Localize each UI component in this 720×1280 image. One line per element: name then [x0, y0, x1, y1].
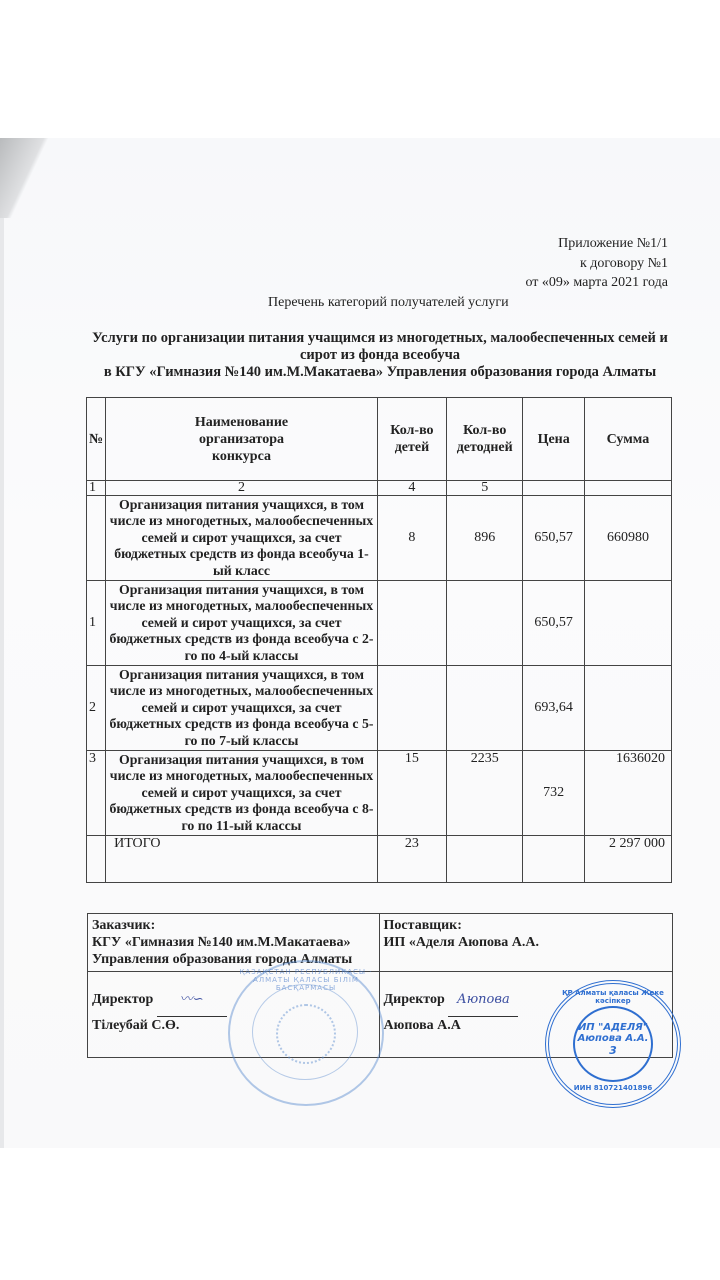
row-name: Организация питания учащихся, в том числ…: [106, 751, 378, 836]
customer-position: Директор: [92, 992, 153, 1007]
row-index: [87, 496, 106, 581]
state-emblem-icon: [276, 1004, 336, 1064]
page-fold-shadow: [0, 138, 60, 218]
seal-top-text: ҚР Алматы қаласы Жеке кәсіпкер: [549, 989, 677, 1005]
total-sum: 2 297 000: [584, 836, 671, 883]
supplier-role: Поставщик:: [384, 917, 668, 934]
row-children: 15: [377, 751, 446, 836]
row-sum: 660980: [584, 496, 671, 581]
column-number-row: 1 2 4 5: [87, 481, 672, 496]
customer-signature: 〰∽: [157, 984, 227, 1017]
supplier-signature: Аюпова: [448, 984, 518, 1017]
row-name: Организация питания учащихся, в том числ…: [106, 496, 378, 581]
total-row: ИТОГО 23 2 297 000: [87, 836, 672, 883]
colnum-2: 2: [106, 481, 378, 496]
customer-block: Заказчик: КГУ «Гимназия №140 им.М.Маката…: [88, 914, 380, 972]
row-price: 693,64: [523, 666, 584, 751]
row-sum: 1636020: [584, 751, 671, 836]
row-price: 650,57: [523, 581, 584, 666]
title-line-3: в КГУ «Гимназия №140 им.М.Макатаева» Упр…: [70, 364, 690, 381]
row-index: 3: [87, 751, 106, 836]
seal-name-1: ИП "АДЕЛЯ": [575, 1022, 651, 1033]
row-name: Организация питания учащихся, в том числ…: [106, 666, 378, 751]
colnum-5: 5: [446, 481, 523, 496]
title-line-2: сирот из фонда всеобуча: [70, 347, 690, 364]
row-child-days: [446, 666, 523, 751]
table-header-row: № Наименование организатора конкурса Кол…: [87, 398, 672, 481]
total-children: 23: [377, 836, 446, 883]
row-children: [377, 581, 446, 666]
colnum-empty-1: [523, 481, 584, 496]
total-index: [87, 836, 106, 883]
seal-center: ИП "АДЕЛЯ" Аюпова А.А. 3: [573, 1006, 653, 1082]
colnum-1: 1: [87, 481, 106, 496]
supplier-seal-stamp: ҚР Алматы қаласы Жеке кәсіпкер ИП "АДЕЛЯ…: [545, 980, 681, 1108]
page-edge: [0, 218, 4, 1148]
table-row: 1 Организация питания учащихся, в том чи…: [87, 581, 672, 666]
recipients-table: № Наименование организатора конкурса Кол…: [86, 397, 672, 883]
seal-number: 3: [575, 1044, 651, 1057]
row-price: 732: [523, 751, 584, 836]
parties-row: Заказчик: КГУ «Гимназия №140 им.М.Маката…: [88, 914, 673, 972]
row-index: 2: [87, 666, 106, 751]
total-price: [523, 836, 584, 883]
total-label: ИТОГО: [106, 836, 378, 883]
row-name: Организация питания учащихся, в том числ…: [106, 581, 378, 666]
header-name: Наименование организатора конкурса: [106, 398, 378, 481]
header-number: №: [87, 398, 106, 481]
table-row: 3 Организация питания учащихся, в том чи…: [87, 751, 672, 836]
header-sum: Сумма: [584, 398, 671, 481]
table-row: Организация питания учащихся, в том числ…: [87, 496, 672, 581]
seal-iin: ИИН 810721401896: [549, 1084, 677, 1092]
row-child-days: [446, 581, 523, 666]
title-line-1: Услуги по организации питания учащимся и…: [70, 330, 690, 347]
row-children: 8: [377, 496, 446, 581]
appendix-label: Приложение №1/1: [558, 234, 668, 254]
supplier-org: ИП «Аделя Аюпова А.А.: [384, 934, 668, 951]
customer-seal-stamp: ҚАЗАҚСТАН РЕСПУБЛИКАСЫ · АЛМАТЫ ҚАЛАСЫ Б…: [228, 960, 384, 1106]
row-sum: [584, 666, 671, 751]
row-child-days: 896: [446, 496, 523, 581]
header-price: Цена: [523, 398, 584, 481]
supplier-position: Директор: [384, 992, 445, 1007]
total-child-days: [446, 836, 523, 883]
customer-role: Заказчик:: [92, 917, 375, 934]
table-row: 2 Организация питания учащихся, в том чи…: [87, 666, 672, 751]
document-title: Услуги по организации питания учащимся и…: [70, 330, 690, 381]
row-index: 1: [87, 581, 106, 666]
row-sum: [584, 581, 671, 666]
contract-label: к договору №1: [580, 254, 668, 274]
colnum-4: 4: [377, 481, 446, 496]
list-title: Перечень категорий получателей услуги: [268, 295, 509, 311]
supplier-block: Поставщик: ИП «Аделя Аюпова А.А.: [379, 914, 672, 972]
header-children: Кол-во детей: [377, 398, 446, 481]
contract-date: от «09» марта 2021 года: [525, 273, 668, 293]
row-child-days: 2235: [446, 751, 523, 836]
seal-name-2: Аюпова А.А.: [575, 1033, 651, 1044]
customer-org: КГУ «Гимназия №140 им.М.Макатаева»: [92, 934, 375, 951]
row-children: [377, 666, 446, 751]
row-price: 650,57: [523, 496, 584, 581]
colnum-empty-2: [584, 481, 671, 496]
header-child-days: Кол-во детодней: [446, 398, 523, 481]
